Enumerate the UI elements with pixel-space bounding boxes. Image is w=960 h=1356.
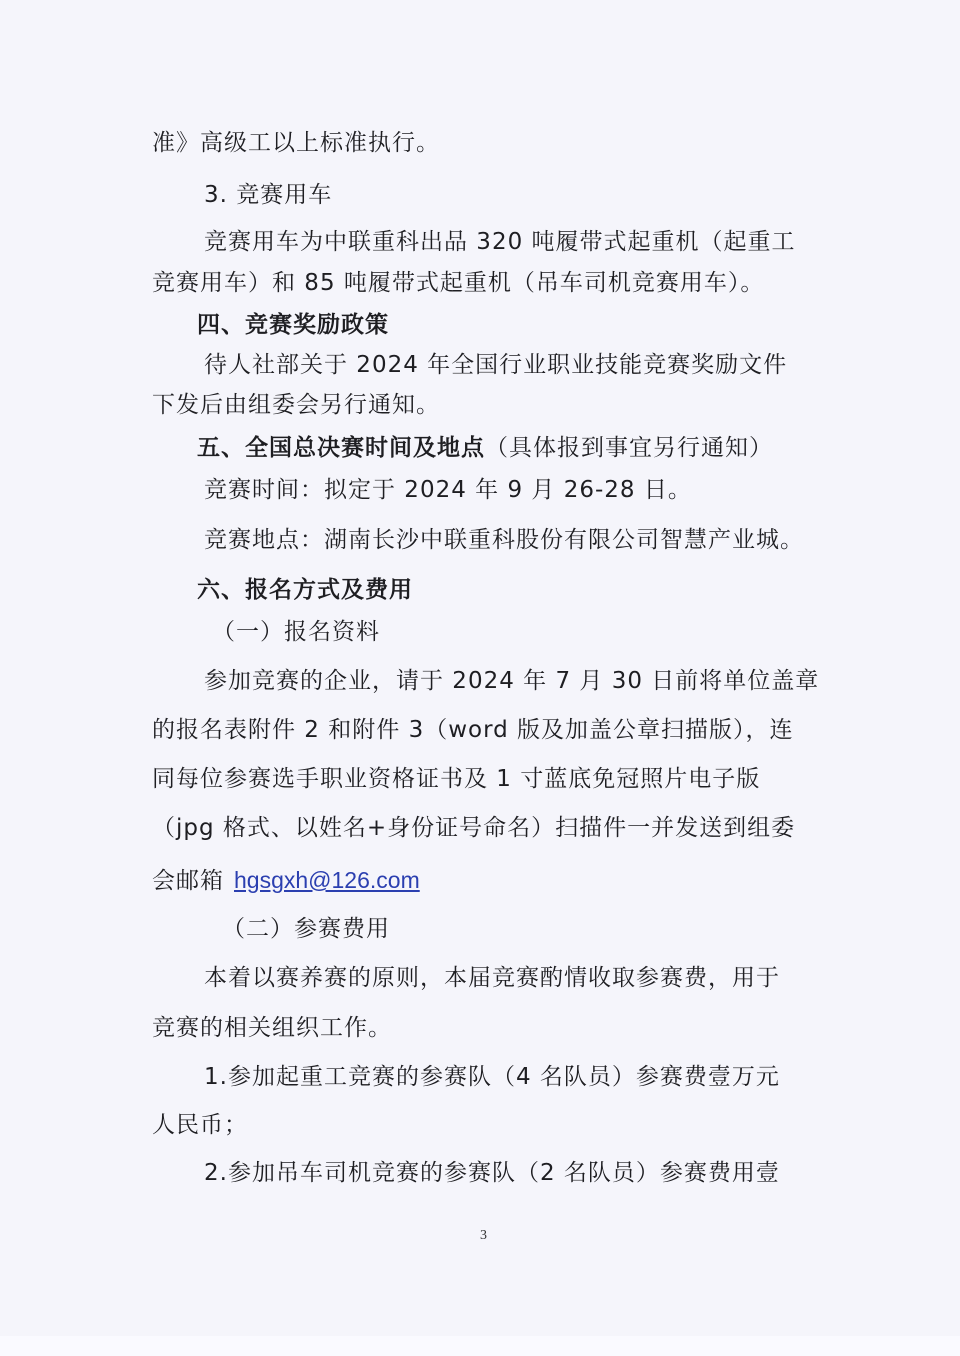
paragraph-line: 竞赛用车）和 85 吨履带式起重机（吊车司机竞赛用车）。	[152, 268, 764, 298]
paragraph-line: 竞赛用车为中联重科出品 320 吨履带式起重机（起重工	[204, 227, 796, 257]
paragraph-line: 参加竞赛的企业，请于 2024 年 7 月 30 日前将单位盖章	[204, 666, 819, 696]
paragraph-line: 竞赛时间：拟定于 2024 年 9 月 26-28 日。	[204, 475, 692, 505]
paragraph-line: 竞赛地点：湖南长沙中联重科股份有限公司智慧产业城。	[204, 525, 804, 555]
paragraph-line: 的报名表附件 2 和附件 3（word 版及加盖公章扫描版），连	[152, 715, 794, 745]
section-heading-title: 五、全国总决赛时间及地点	[197, 435, 485, 461]
email-label: 会邮箱	[152, 868, 224, 894]
document-page: 准》高级工以上标准执行。 3. 竞赛用车 竞赛用车为中联重科出品 320 吨履带…	[0, 0, 960, 1336]
paragraph-line: 本着以赛养赛的原则，本届竞赛酌情收取参赛费，用于	[204, 963, 780, 993]
paragraph-line: 准》高级工以上标准执行。	[152, 128, 440, 158]
email-link[interactable]: hgsgxh@126.com	[234, 867, 420, 893]
section-heading-note: （具体报到事宜另行通知）	[485, 435, 773, 461]
subsection-heading: （一）报名资料	[212, 617, 380, 647]
paragraph-line: 会邮箱hgsgxh@126.com	[152, 865, 420, 896]
paragraph-line: 人民币；	[152, 1110, 248, 1140]
paragraph-line: 2.参加吊车司机竞赛的参赛队（2 名队员）参赛费用壹	[204, 1158, 780, 1188]
paragraph-line: 竞赛的相关组织工作。	[152, 1013, 392, 1043]
section-heading: 六、报名方式及费用	[197, 575, 413, 605]
page-number: 3	[480, 1228, 487, 1244]
section-heading: 四、竞赛奖励政策	[197, 310, 389, 340]
paragraph-line: 同每位参赛选手职业资格证书及 1 寸蓝底免冠照片电子版	[152, 764, 760, 794]
section-heading: 五、全国总决赛时间及地点（具体报到事宜另行通知）	[197, 433, 773, 463]
page-bottom-edge	[0, 1336, 960, 1356]
subsection-heading: 3. 竞赛用车	[204, 180, 332, 210]
subsection-heading: （二）参赛费用	[222, 914, 390, 944]
paragraph-line: 1.参加起重工竞赛的参赛队（4 名队员）参赛费壹万元	[204, 1062, 780, 1092]
paragraph-line: （jpg 格式、以姓名+身份证号命名）扫描件一并发送到组委	[152, 813, 795, 843]
paragraph-line: 下发后由组委会另行通知。	[152, 390, 440, 420]
paragraph-line: 待人社部关于 2024 年全国行业职业技能竞赛奖励文件	[204, 350, 787, 380]
